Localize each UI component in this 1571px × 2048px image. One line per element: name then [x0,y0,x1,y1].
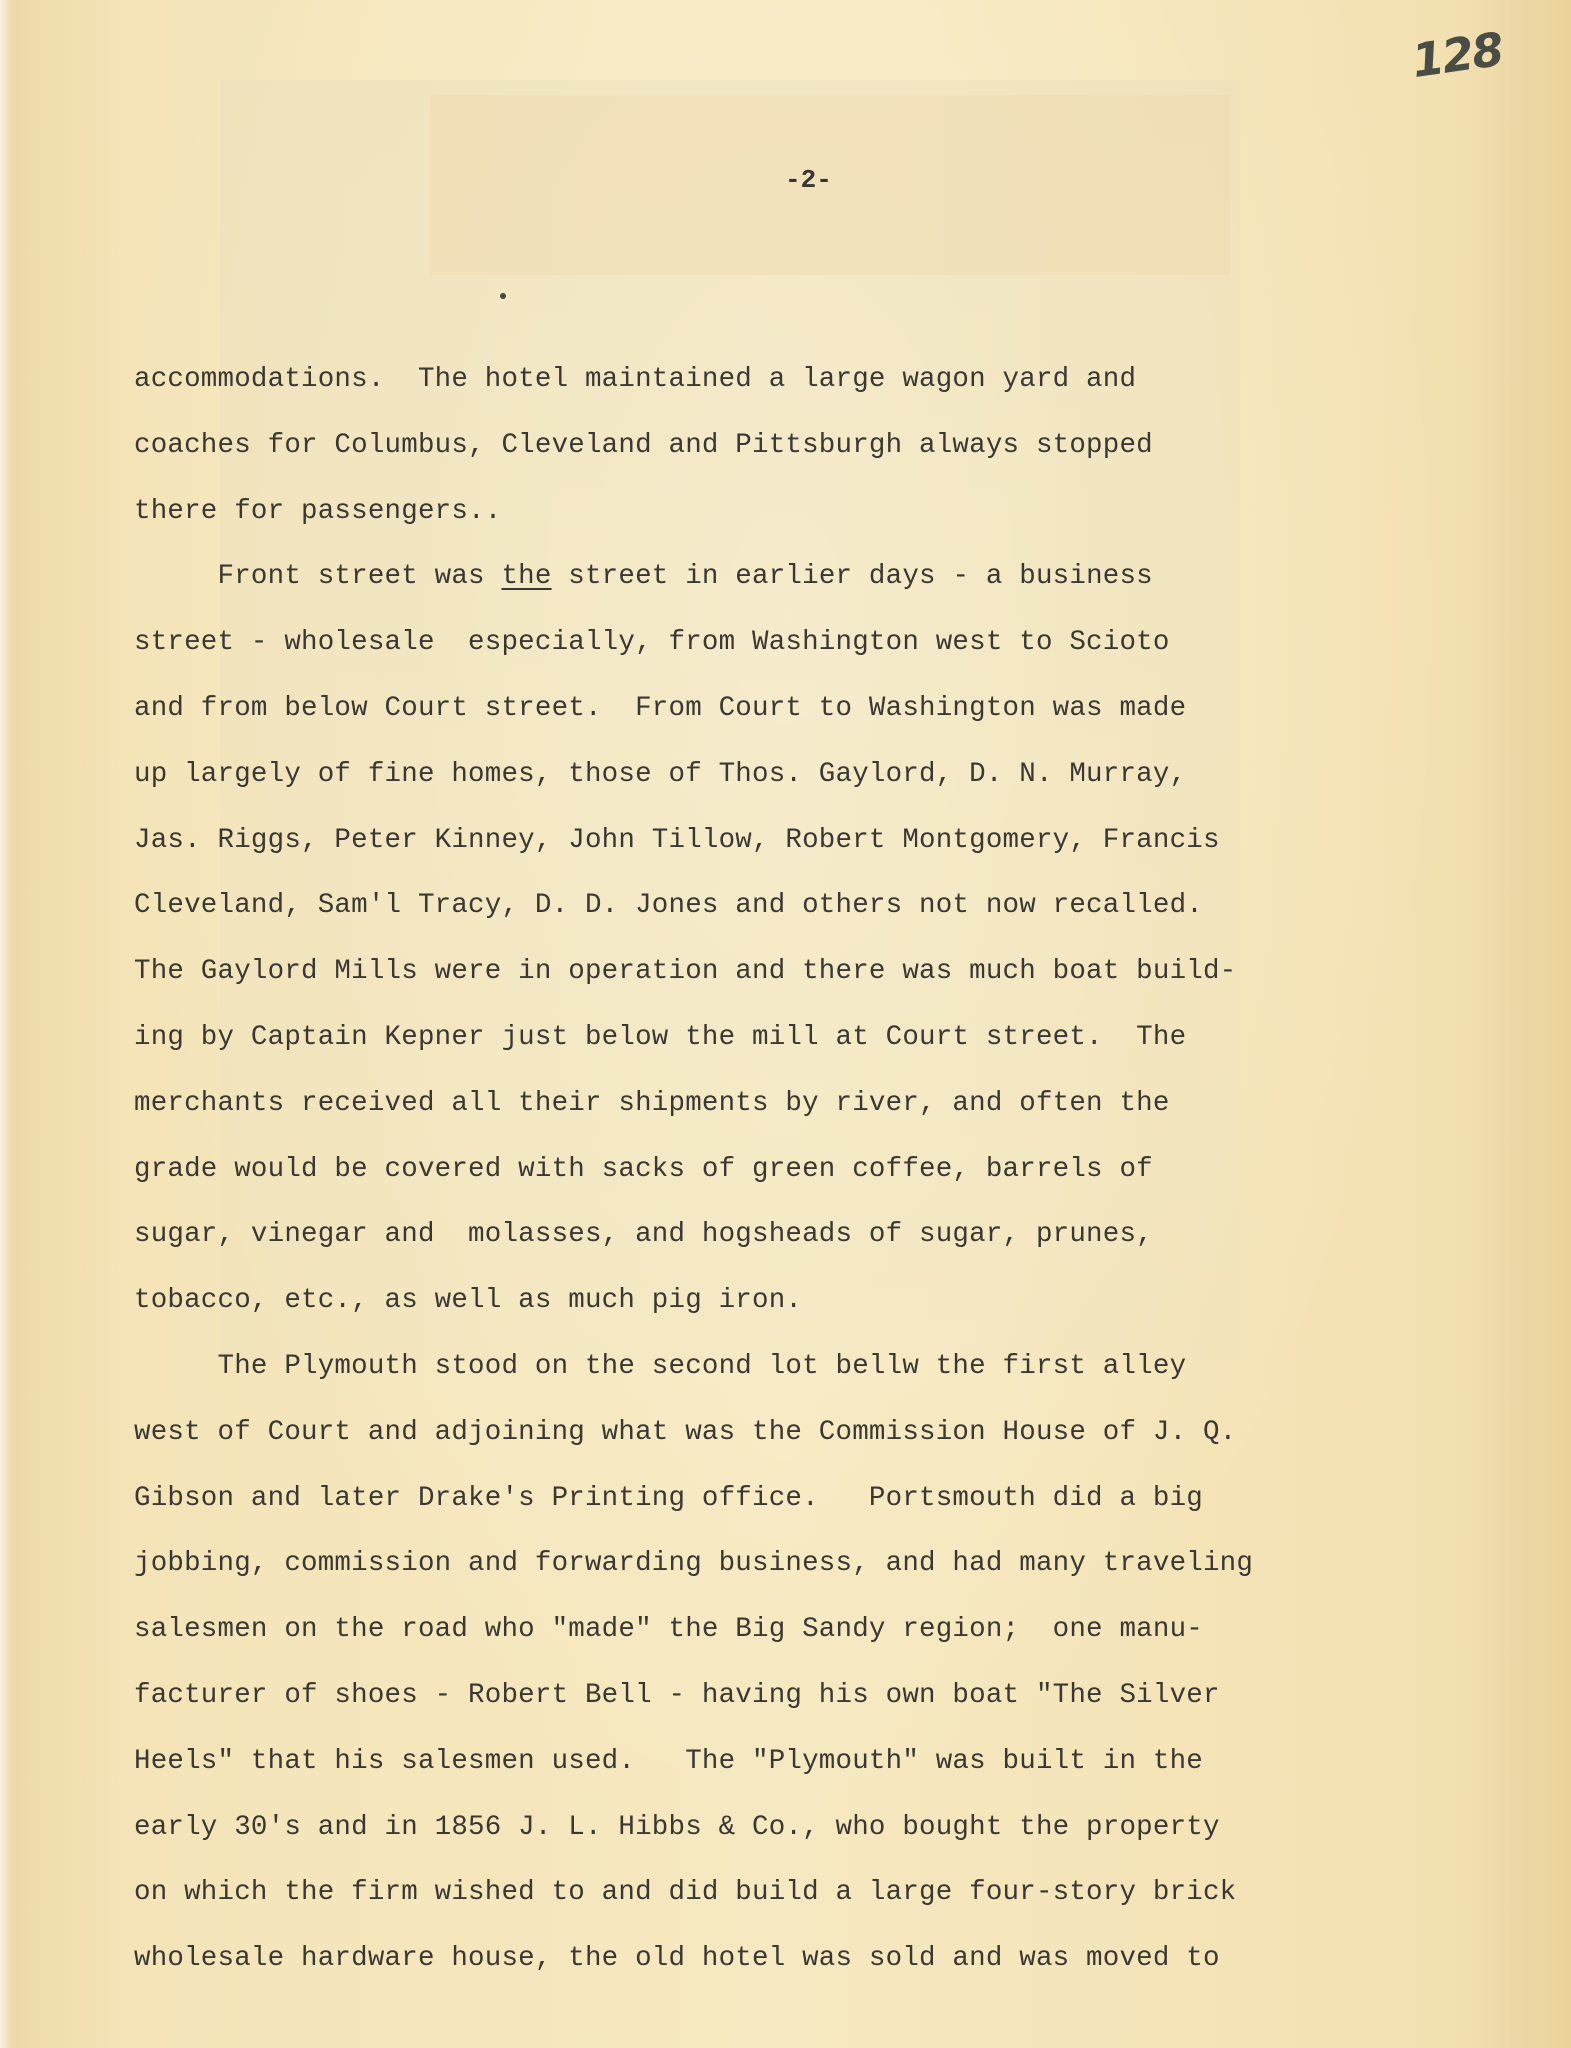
handwritten-folio-number: 128 [1409,22,1506,88]
text-line: Gibson and later Drake's Printing office… [134,1479,1434,1545]
typed-body-text: accommodations. The hotel maintained a l… [134,360,1434,2005]
torn-left-edge [0,0,12,2048]
text-line: accommodations. The hotel maintained a l… [134,360,1434,426]
text-line: tobacco, etc., as well as much pig iron. [134,1281,1434,1347]
text-segment: street in earlier days - a business [552,561,1153,592]
text-line: coaches for Columbus, Cleveland and Pitt… [134,426,1434,492]
text-line: Heels" that his salesmen used. The "Plym… [134,1742,1434,1808]
text-line: Jas. Riggs, Peter Kinney, John Tillow, R… [134,821,1434,887]
text-line: street - wholesale especially, from Wash… [134,623,1434,689]
text-line: Cleveland, Sam'l Tracy, D. D. Jones and … [134,886,1434,952]
text-line: west of Court and adjoining what was the… [134,1413,1434,1479]
text-line: merchants received all their shipments b… [134,1084,1434,1150]
text-line: The Gaylord Mills were in operation and … [134,952,1434,1018]
text-line: ing by Captain Kepner just below the mil… [134,1018,1434,1084]
text-line: Front street was the street in earlier d… [134,557,1434,623]
text-line: on which the firm wished to and did buil… [134,1873,1434,1939]
text-line: there for passengers.. [134,492,1434,558]
text-line: grade would be covered with sacks of gre… [134,1150,1434,1216]
document-page: 128 -2- accommodations. The hotel mainta… [0,0,1571,2048]
text-line: wholesale hardware house, the old hotel … [134,1939,1434,2005]
text-line: early 30's and in 1856 J. L. Hibbs & Co.… [134,1808,1434,1874]
text-line: facturer of shoes - Robert Bell - having… [134,1676,1434,1742]
text-line: jobbing, commission and forwarding busin… [134,1544,1434,1610]
underlined-word: the [501,561,551,592]
text-line: The Plymouth stood on the second lot bel… [134,1347,1434,1413]
text-line: sugar, vinegar and molasses, and hogshea… [134,1215,1434,1281]
page-number: -2- [785,165,832,195]
text-line: and from below Court street. From Court … [134,689,1434,755]
text-segment: Front street was [134,561,501,592]
text-line: up largely of fine homes, those of Thos.… [134,755,1434,821]
ink-speck [500,293,506,299]
text-line: salesmen on the road who "made" the Big … [134,1610,1434,1676]
